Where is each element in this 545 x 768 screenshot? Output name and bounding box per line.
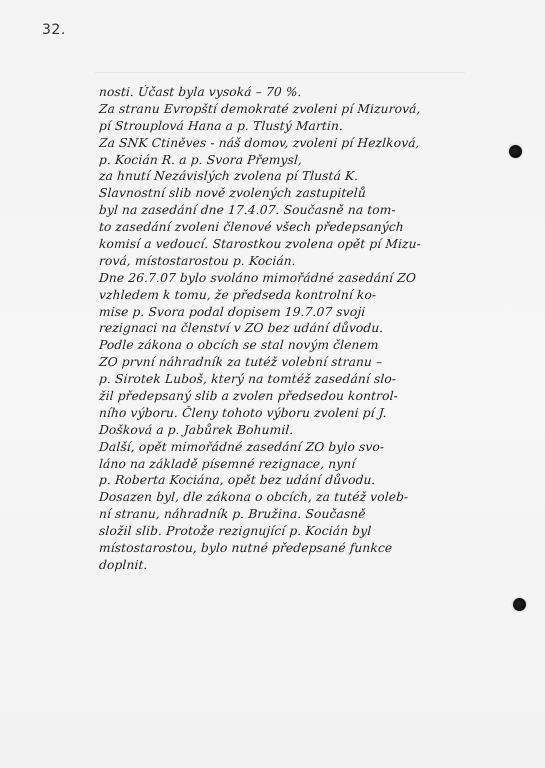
text-line: Došková a p. Jabůrek Bohumil. <box>98 422 509 439</box>
punch-hole-icon <box>513 598 526 611</box>
page-number: 32. <box>42 22 66 38</box>
text-line: Za SNK Ctiněves - náš domov, zvoleni pí … <box>98 135 509 152</box>
text-line: žil předepsaný slib a zvolen předsedou k… <box>98 388 509 405</box>
text-line: ZO první náhradník za tutéž volební stra… <box>98 354 509 371</box>
text-line: Další, opět mimořádné zasedání ZO bylo s… <box>98 439 509 456</box>
faint-ruled-line <box>95 72 465 73</box>
text-line: to zasedání zvoleni členové všech předep… <box>98 219 509 236</box>
text-line: rezignaci na členství v ZO bez udání dův… <box>98 320 509 337</box>
text-line: vzhledem k tomu, že předseda kontrolní k… <box>98 287 509 304</box>
text-line: nosti. Účast byla vysoká – 70 %. <box>98 84 509 101</box>
text-line: byl na zasedání dne 17.4.07. Současně na… <box>98 202 509 219</box>
text-line: p. Sirotek Luboš, který na tomtéž zasedá… <box>98 371 509 388</box>
text-line: ního výboru. Členy tohoto výboru zvoleni… <box>98 405 509 422</box>
text-line: Dne 26.7.07 bylo svoláno mimořádné zased… <box>98 270 509 287</box>
text-line: mise p. Svora podal dopisem 19.7.07 svoj… <box>98 304 509 321</box>
text-line: pí Strouplová Hana a p. Tlustý Martin. <box>98 118 509 135</box>
handwritten-page: 32. nosti. Účast byla vysoká – 70 %. Za … <box>0 0 545 768</box>
text-line: Za stranu Evropští demokraté zvoleni pí … <box>98 101 509 118</box>
text-line: složil slib. Protože rezignující p. Koci… <box>98 523 509 540</box>
text-line: láno na základě písemné rezignace, nyní <box>98 456 509 473</box>
text-line: doplnit. <box>98 557 509 574</box>
punch-hole-icon <box>509 145 522 158</box>
handwritten-text-body: nosti. Účast byla vysoká – 70 %. Za stra… <box>99 84 509 574</box>
text-line: Dosazen byl, dle zákona o obcích, za tut… <box>98 489 509 506</box>
text-line: za hnutí Nezávislých zvolena pí Tlustá K… <box>98 168 509 185</box>
text-line: Podle zákona o obcích se stal novým člen… <box>98 337 509 354</box>
text-line: rová, místostarostou p. Kocián. <box>98 253 509 270</box>
text-line: komisí a vedoucí. Starostkou zvolena opě… <box>98 236 509 253</box>
text-line: Slavnostní slib nově zvolených zastupite… <box>98 185 509 202</box>
text-line: místostarostou, bylo nutné předepsané fu… <box>98 540 509 557</box>
text-line: p. Roberta Kociána, opět bez udání důvod… <box>98 472 509 489</box>
text-line: ní stranu, náhradník p. Bružina. Současn… <box>98 506 509 523</box>
text-line: p. Kocián R. a p. Svora Přemysl, <box>98 152 509 169</box>
